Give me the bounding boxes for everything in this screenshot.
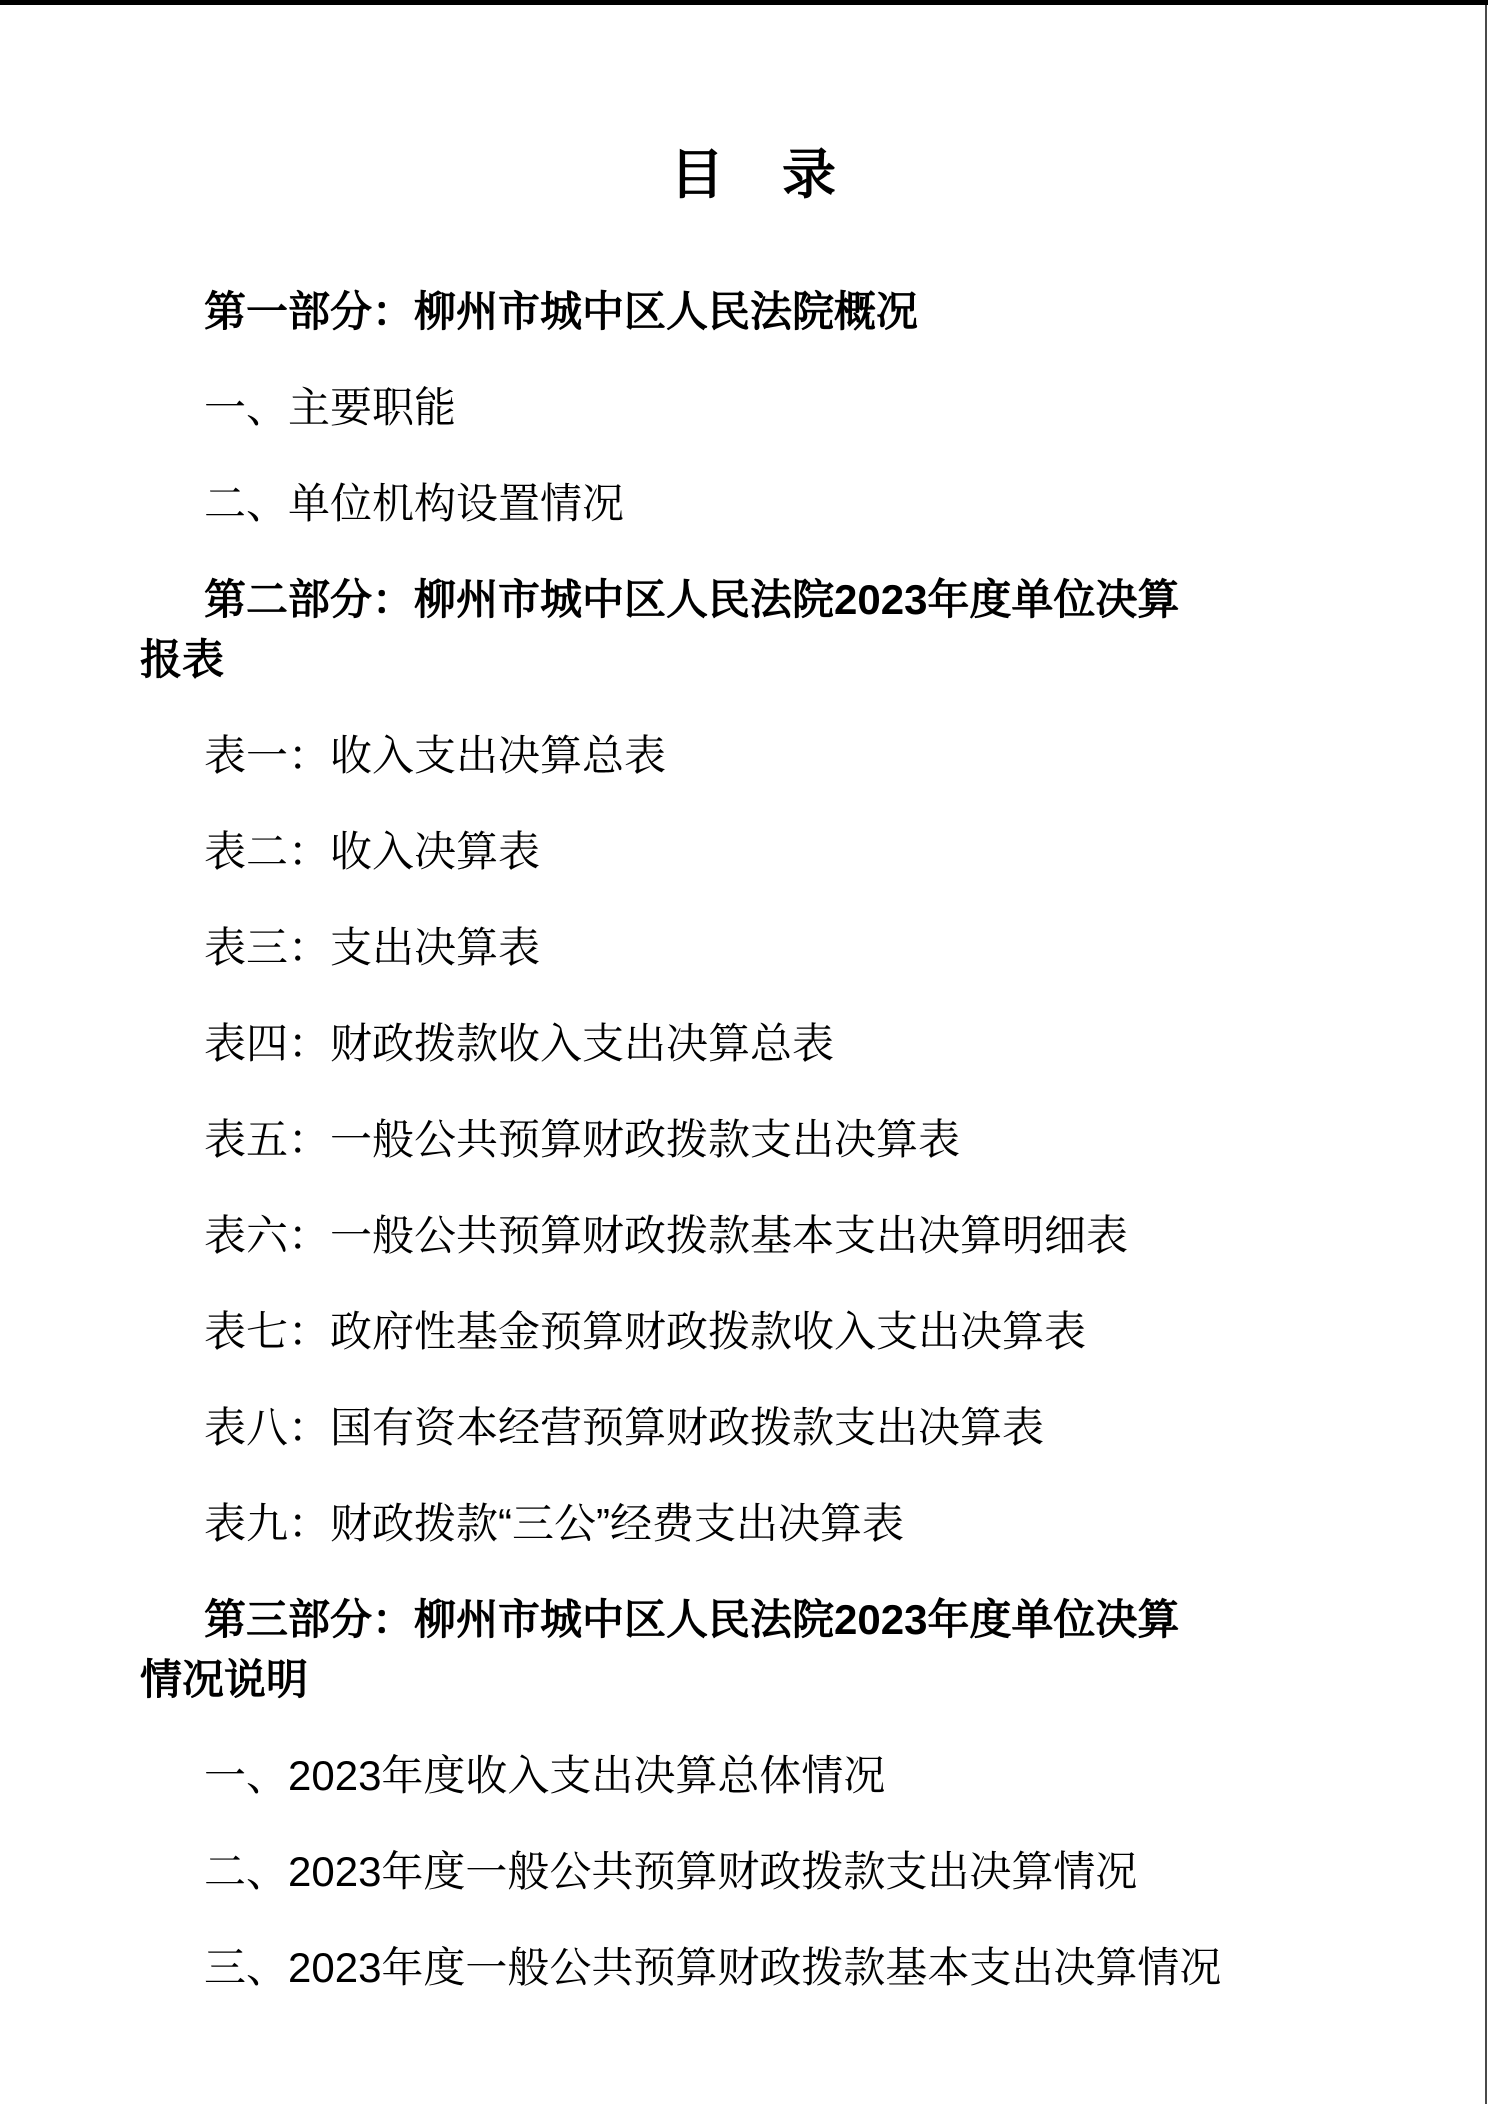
toc-entry-table-7: 表七：政府性基金预算财政拨款收入支出决算表 [140,1302,1368,1362]
section-part-1: 第一部分：柳州市城中区人民法院概况 一、主要职能 二、单位机构设置情况 [140,282,1368,534]
toc-entry-general-budget-expenditure: 二、2023年度一般公共预算财政拨款支出决算情况 [140,1842,1368,1902]
section-2-heading-line-2: 报表 [140,630,1368,690]
section-1-heading: 第一部分：柳州市城中区人民法院概况 [140,282,1368,342]
page-top-edge [0,0,1488,5]
page-right-edge [1485,5,1487,2104]
toc-entry-table-1: 表一：收入支出决算总表 [140,726,1368,786]
page-title: 目 录 [140,148,1368,202]
section-part-3: 第三部分：柳州市城中区人民法院2023年度单位决算 情况说明 一、2023年度收… [140,1590,1368,1998]
section-3-heading-line-2: 情况说明 [140,1650,1368,1710]
document-page: 目 录 第一部分：柳州市城中区人民法院概况 一、主要职能 二、单位机构设置情况 … [0,0,1488,2104]
section-3-heading: 第三部分：柳州市城中区人民法院2023年度单位决算 情况说明 [140,1590,1368,1710]
section-part-2: 第二部分：柳州市城中区人民法院2023年度单位决算 报表 表一：收入支出决算总表… [140,570,1368,1554]
toc-entry-main-functions: 一、主要职能 [140,378,1368,438]
section-2-heading: 第二部分：柳州市城中区人民法院2023年度单位决算 报表 [140,570,1368,690]
toc-content: 目 录 第一部分：柳州市城中区人民法院概况 一、主要职能 二、单位机构设置情况 … [0,0,1488,1998]
toc-entry-table-6: 表六：一般公共预算财政拨款基本支出决算明细表 [140,1206,1368,1266]
toc-entry-overall-situation: 一、2023年度收入支出决算总体情况 [140,1746,1368,1806]
toc-entry-basic-expenditure: 三、2023年度一般公共预算财政拨款基本支出决算情况 [140,1938,1368,1998]
section-1-heading-line: 第一部分：柳州市城中区人民法院概况 [140,282,1368,342]
section-2-heading-line-1: 第二部分：柳州市城中区人民法院2023年度单位决算 [140,570,1368,630]
toc-entry-table-9: 表九：财政拨款“三公”经费支出决算表 [140,1494,1368,1554]
toc-entry-table-5: 表五：一般公共预算财政拨款支出决算表 [140,1110,1368,1170]
toc-entry-table-4: 表四：财政拨款收入支出决算总表 [140,1014,1368,1074]
toc-entry-table-3: 表三：支出决算表 [140,918,1368,978]
toc-entry-table-8: 表八：国有资本经营预算财政拨款支出决算表 [140,1398,1368,1458]
toc-entry-org-structure: 二、单位机构设置情况 [140,474,1368,534]
toc-entry-table-2: 表二：收入决算表 [140,822,1368,882]
section-3-heading-line-1: 第三部分：柳州市城中区人民法院2023年度单位决算 [140,1590,1368,1650]
